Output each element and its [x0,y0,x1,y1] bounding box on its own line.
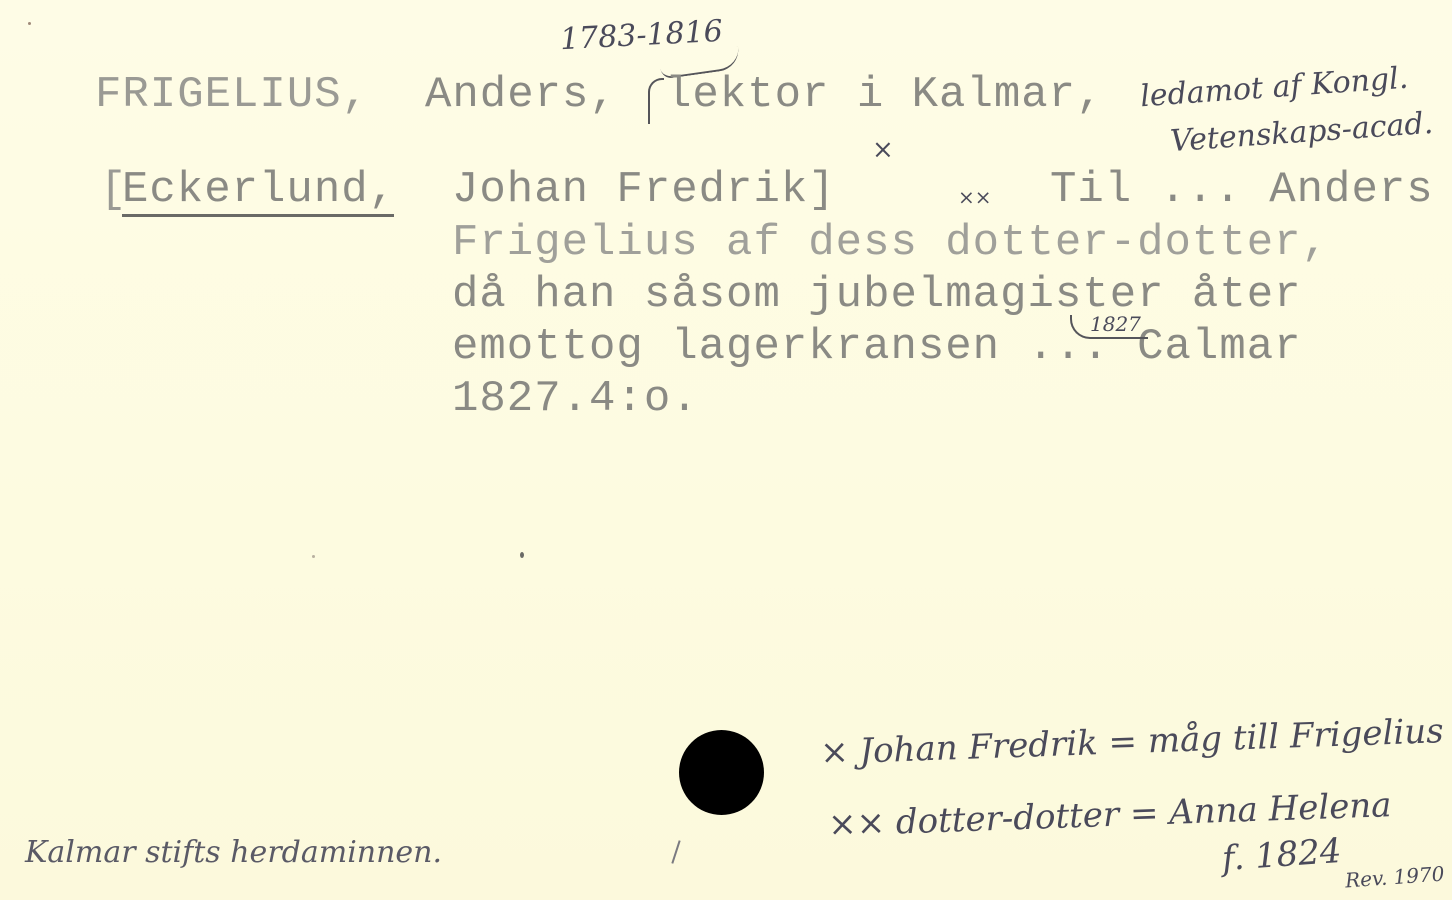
title-line-1: Til ... Anders [1050,165,1434,215]
author-underline [122,214,394,217]
title-line-3: då han såsom jubelmagister åter [452,270,1302,320]
author-given-name: Johan Fredrik] [452,165,836,215]
handwritten-life-dates: 1783-1816 [559,14,723,57]
paper-speck [520,552,524,558]
heading-surname: FRIGELIUS, [95,70,369,120]
handwritten-addition-line2: Vetenskaps-acad. [1169,106,1434,159]
title-line-5: 1827.4:o. [452,374,699,424]
handwritten-paren [648,78,664,124]
title-line-2: Frigelius af dess dotter-dotter, [452,218,1329,268]
author-surname: Eckerlund, [122,165,396,215]
footnote-mark-single: × [872,135,894,165]
heading-occupation: lektor i Kalmar, [665,70,1103,120]
footnote-1: × Johan Fredrik = måg till Frigelius [819,711,1444,773]
pencil-stroke [671,840,680,863]
handwritten-addition-line1: ledamot af Kongl. [1139,61,1409,115]
catalog-card: 1783-1816 FRIGELIUS, Anders, lektor i Ka… [0,0,1452,900]
handwritten-insert-curve [1070,315,1148,339]
footnote-mark-double: ×× [958,185,992,209]
card-punch-hole [679,730,764,815]
footnote-2-year: f. 1824 [1221,831,1343,879]
heading-given-name: Anders, [425,70,617,120]
title-line-4: emottog lagerkransen ... Calmar [452,322,1302,372]
paper-speck [312,555,315,558]
source-note: Kalmar stifts herdaminnen. [25,835,442,870]
revision-note: Rev. 1970 [1344,862,1445,893]
paper-speck [28,22,31,25]
